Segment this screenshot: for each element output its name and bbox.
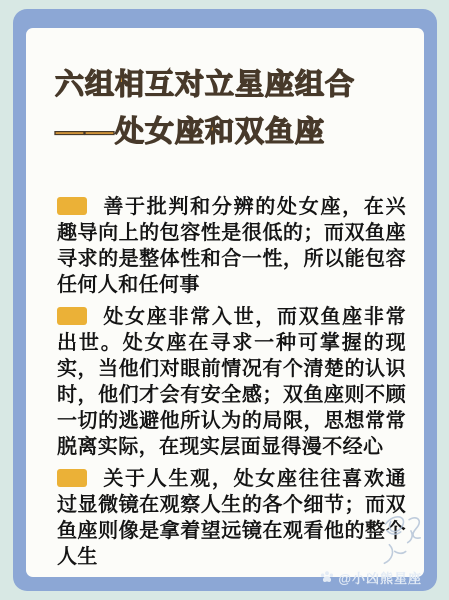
square-bullet-icon <box>57 469 87 487</box>
paragraph-1-text: 善于批判和分辨的处女座，在兴趣导向上的包容性是很低的；而双鱼座寻求的是整体性和合… <box>57 196 406 296</box>
paw-icon <box>320 570 334 584</box>
paragraph-3: 关于人生观，处女座往往喜欢通过显微镜在观察人生的各个细节；而双鱼座则像是拿着望远… <box>57 466 406 570</box>
title-line-2: ——处女座和双鱼座 <box>55 117 355 149</box>
title-line-1: 六组相互对立星座组合 <box>55 70 355 102</box>
square-bullet-icon <box>57 197 87 215</box>
paragraph-1: 善于批判和分辨的处女座，在兴趣导向上的包容性是很低的；而双鱼座寻求的是整体性和合… <box>57 194 406 298</box>
content-card: 六组相互对立星座组合 ——处女座和双鱼座 善于批判和分辨的处女座，在兴趣导向上的… <box>26 28 424 577</box>
poster-canvas: 六组相互对立星座组合 ——处女座和双鱼座 善于批判和分辨的处女座，在兴趣导向上的… <box>0 0 449 600</box>
handwritten-signature <box>373 507 431 570</box>
paragraph-2: 处女座非常入世，而双鱼座非常出世。处女座在寻求一种可掌握的现实，当他们对眼前情况… <box>57 304 406 460</box>
footer-watermark: @小凶熊星座 <box>320 567 422 587</box>
card-frame: 六组相互对立星座组合 ——处女座和双鱼座 善于批判和分辨的处女座，在兴趣导向上的… <box>13 9 437 591</box>
paragraph-3-text: 关于人生观，处女座往往喜欢通过显微镜在观察人生的各个细节；而双鱼座则像是拿着望远… <box>57 468 406 568</box>
title-block: 六组相互对立星座组合 ——处女座和双鱼座 <box>55 70 355 149</box>
paragraph-list: 善于批判和分辨的处女座，在兴趣导向上的包容性是很低的；而双鱼座寻求的是整体性和合… <box>57 194 406 576</box>
paragraph-2-text: 处女座非常入世，而双鱼座非常出世。处女座在寻求一种可掌握的现实，当他们对眼前情况… <box>57 306 406 458</box>
square-bullet-icon <box>57 307 87 325</box>
footer-handle: @小凶熊星座 <box>338 568 422 587</box>
